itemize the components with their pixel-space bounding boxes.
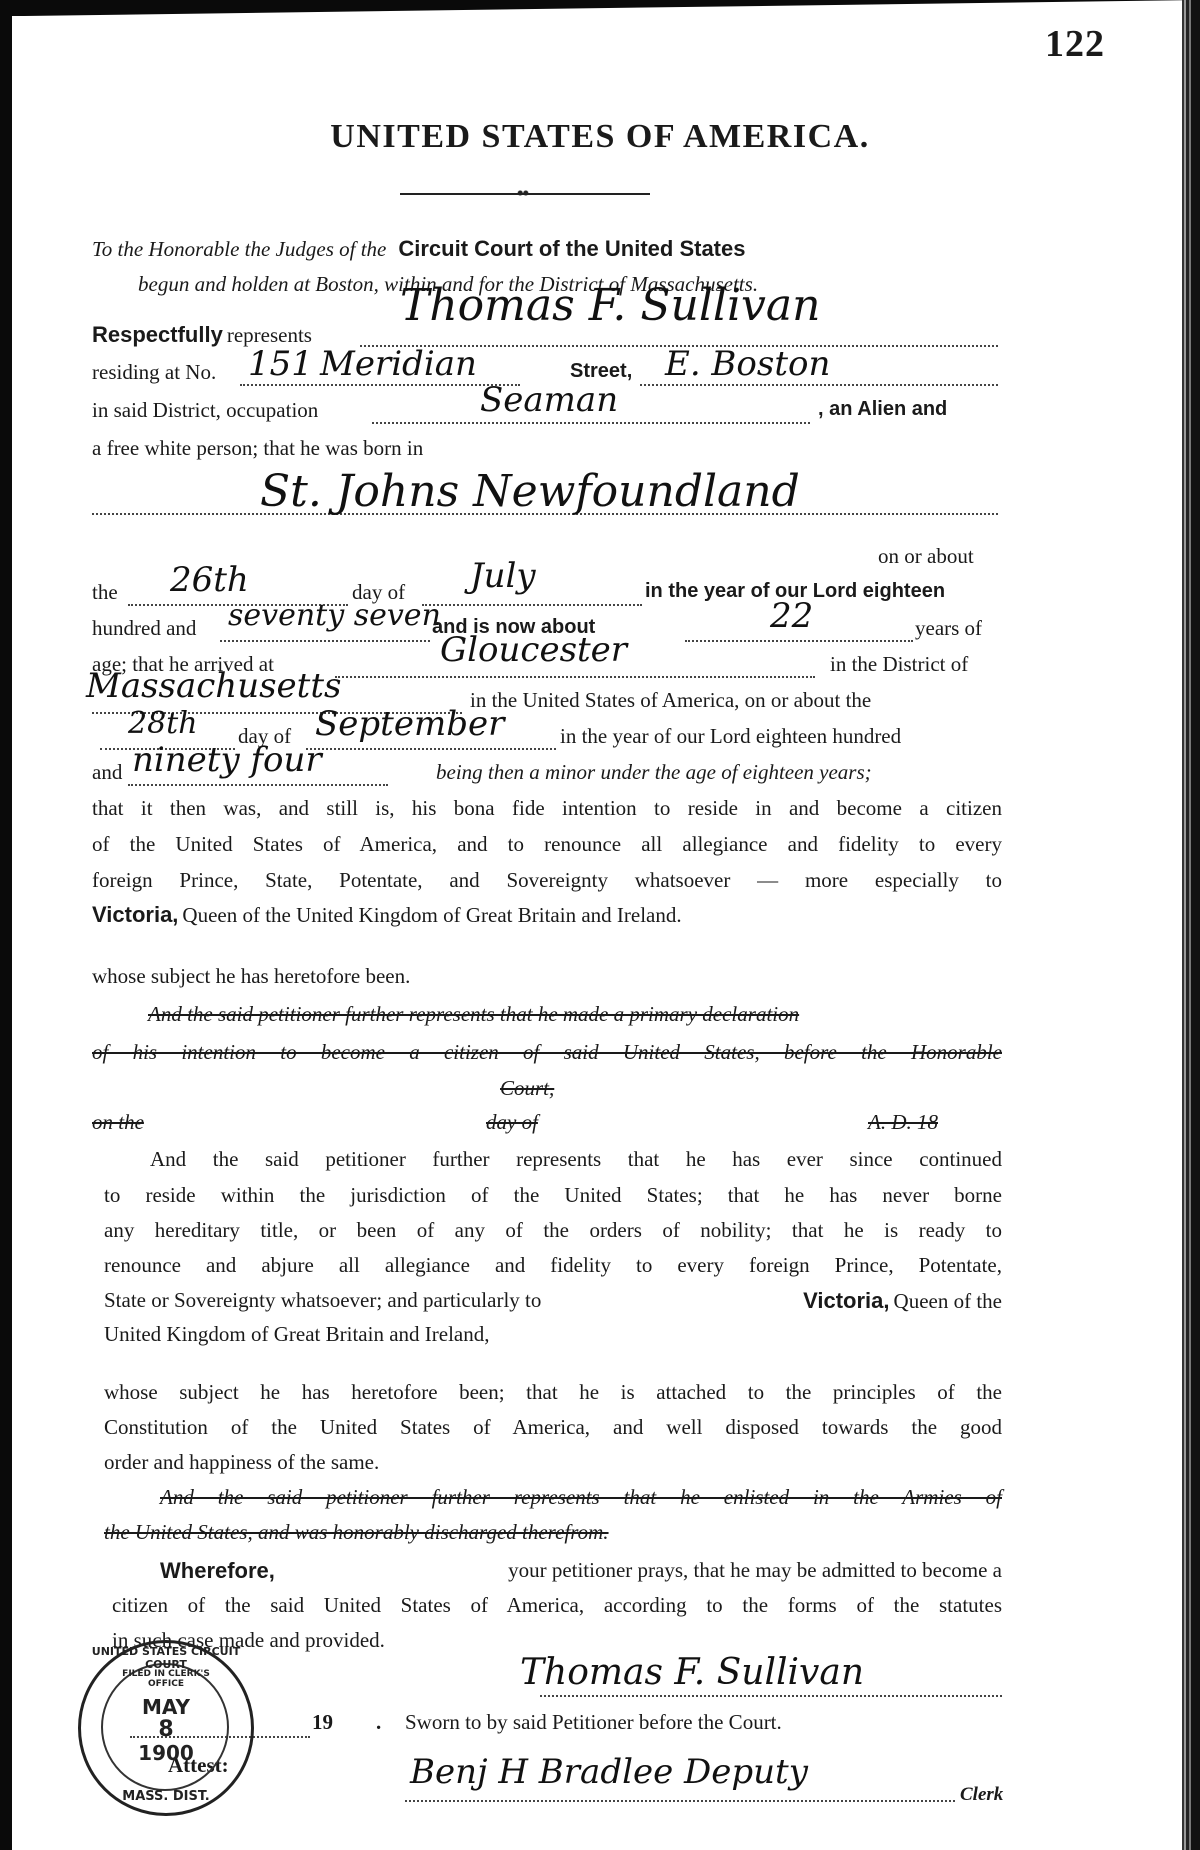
alien-label: , an Alien and [818,398,947,421]
scan-edge-left [0,0,12,1850]
stamp-month: MAY [81,1695,251,1719]
wherefore-line-1: Wherefore, your petitioner prays, that h… [160,1558,1002,1584]
divider-ornament-icon [516,189,530,197]
intention-line-4: Victoria, Queen of the United Kingdom of… [92,902,682,928]
petitioner-name-field: Thomas F. Sullivan [400,280,820,331]
arrival-month-field: September [315,704,504,744]
stamp-day: 8 [81,1717,251,1742]
intention-line-1: that it then was, and still is, his bona… [92,796,1002,821]
clerk-label: Clerk [960,1784,1003,1806]
residence-line-2: to reside within the jurisdiction of the… [104,1183,1002,1208]
constitution-line-2: Constitution of the United States of Ame… [104,1415,1002,1440]
age-field: 22 [770,596,813,636]
birth-month-field: July [470,556,536,596]
address-line-1: To the Honorable the Judges of the Circu… [92,236,745,262]
residing-label: residing at No. [92,360,216,385]
born-label: a free white person; that he was born in [92,436,423,461]
page-number: 122 [1045,22,1105,66]
arrival-year-field: ninety four [132,740,322,780]
book-binding-edge [1182,0,1200,1850]
stamp-year: 1900 [81,1741,251,1765]
residence-line-5: State or Sovereignty whatsoever; and par… [104,1288,1002,1314]
arrival-port-field: Gloucester [440,630,627,670]
occupation-label: in said District, occupation [92,398,318,423]
struck-military-line-1: And the said petitioner further represen… [160,1485,1002,1510]
year-prefix: 19 [312,1710,333,1735]
city-field: E. Boston [665,344,830,384]
residence-line-4: renounce and abjure all allegiance and f… [104,1253,1002,1278]
court-filing-stamp: UNITED STATES CIRCUIT COURT FILED IN CLE… [78,1640,254,1816]
document-title: UNITED STATES OF AMERICA. [0,118,1200,156]
residence-line-6: United Kingdom of Great Britain and Irel… [104,1322,489,1347]
on-or-about-label: on or about [878,544,974,569]
street-name-field: Meridian [320,344,477,384]
sworn-statement: Sworn to by said Petitioner before the C… [405,1710,782,1735]
struck-declaration-line-3: Court, [500,1076,554,1101]
street-number-field: 151 [248,344,313,384]
whose-subject-1: whose subject he has heretofore been. [92,964,410,989]
constitution-line-1: whose subject he has heretofore been; th… [104,1380,1002,1405]
residence-line-3: any hereditary title, or been of any of … [104,1218,1002,1243]
struck-military-line-2: the United States, and was honorably dis… [104,1520,609,1545]
clerk-signature: Benj H Bradlee Deputy [410,1752,808,1792]
arrival-district-field: Massachusetts [86,666,341,706]
wherefore-line-2: citizen of the said United States of Ame… [112,1593,1002,1618]
constitution-line-3: order and happiness of the same. [104,1450,379,1475]
residence-line-1: And the said petitioner further represen… [150,1147,1002,1172]
intention-line-2: of the United States of America, and to … [92,832,1002,857]
intention-line-3: foreign Prince, State, Potentate, and So… [92,868,1002,893]
arrival-day-field: 28th [128,706,198,741]
petitioner-signature: Thomas F. Sullivan [520,1652,864,1693]
struck-declaration-line-1: And the said petitioner further represen… [148,1002,799,1027]
birth-year-field: seventy seven [228,598,441,633]
birthplace-field: St. Johns Newfoundland [260,466,800,517]
struck-declaration-line-2: of his intention to become a citizen of … [92,1040,1002,1065]
birth-day-field: 26th [170,560,249,600]
occupation-field: Seaman [480,380,618,420]
